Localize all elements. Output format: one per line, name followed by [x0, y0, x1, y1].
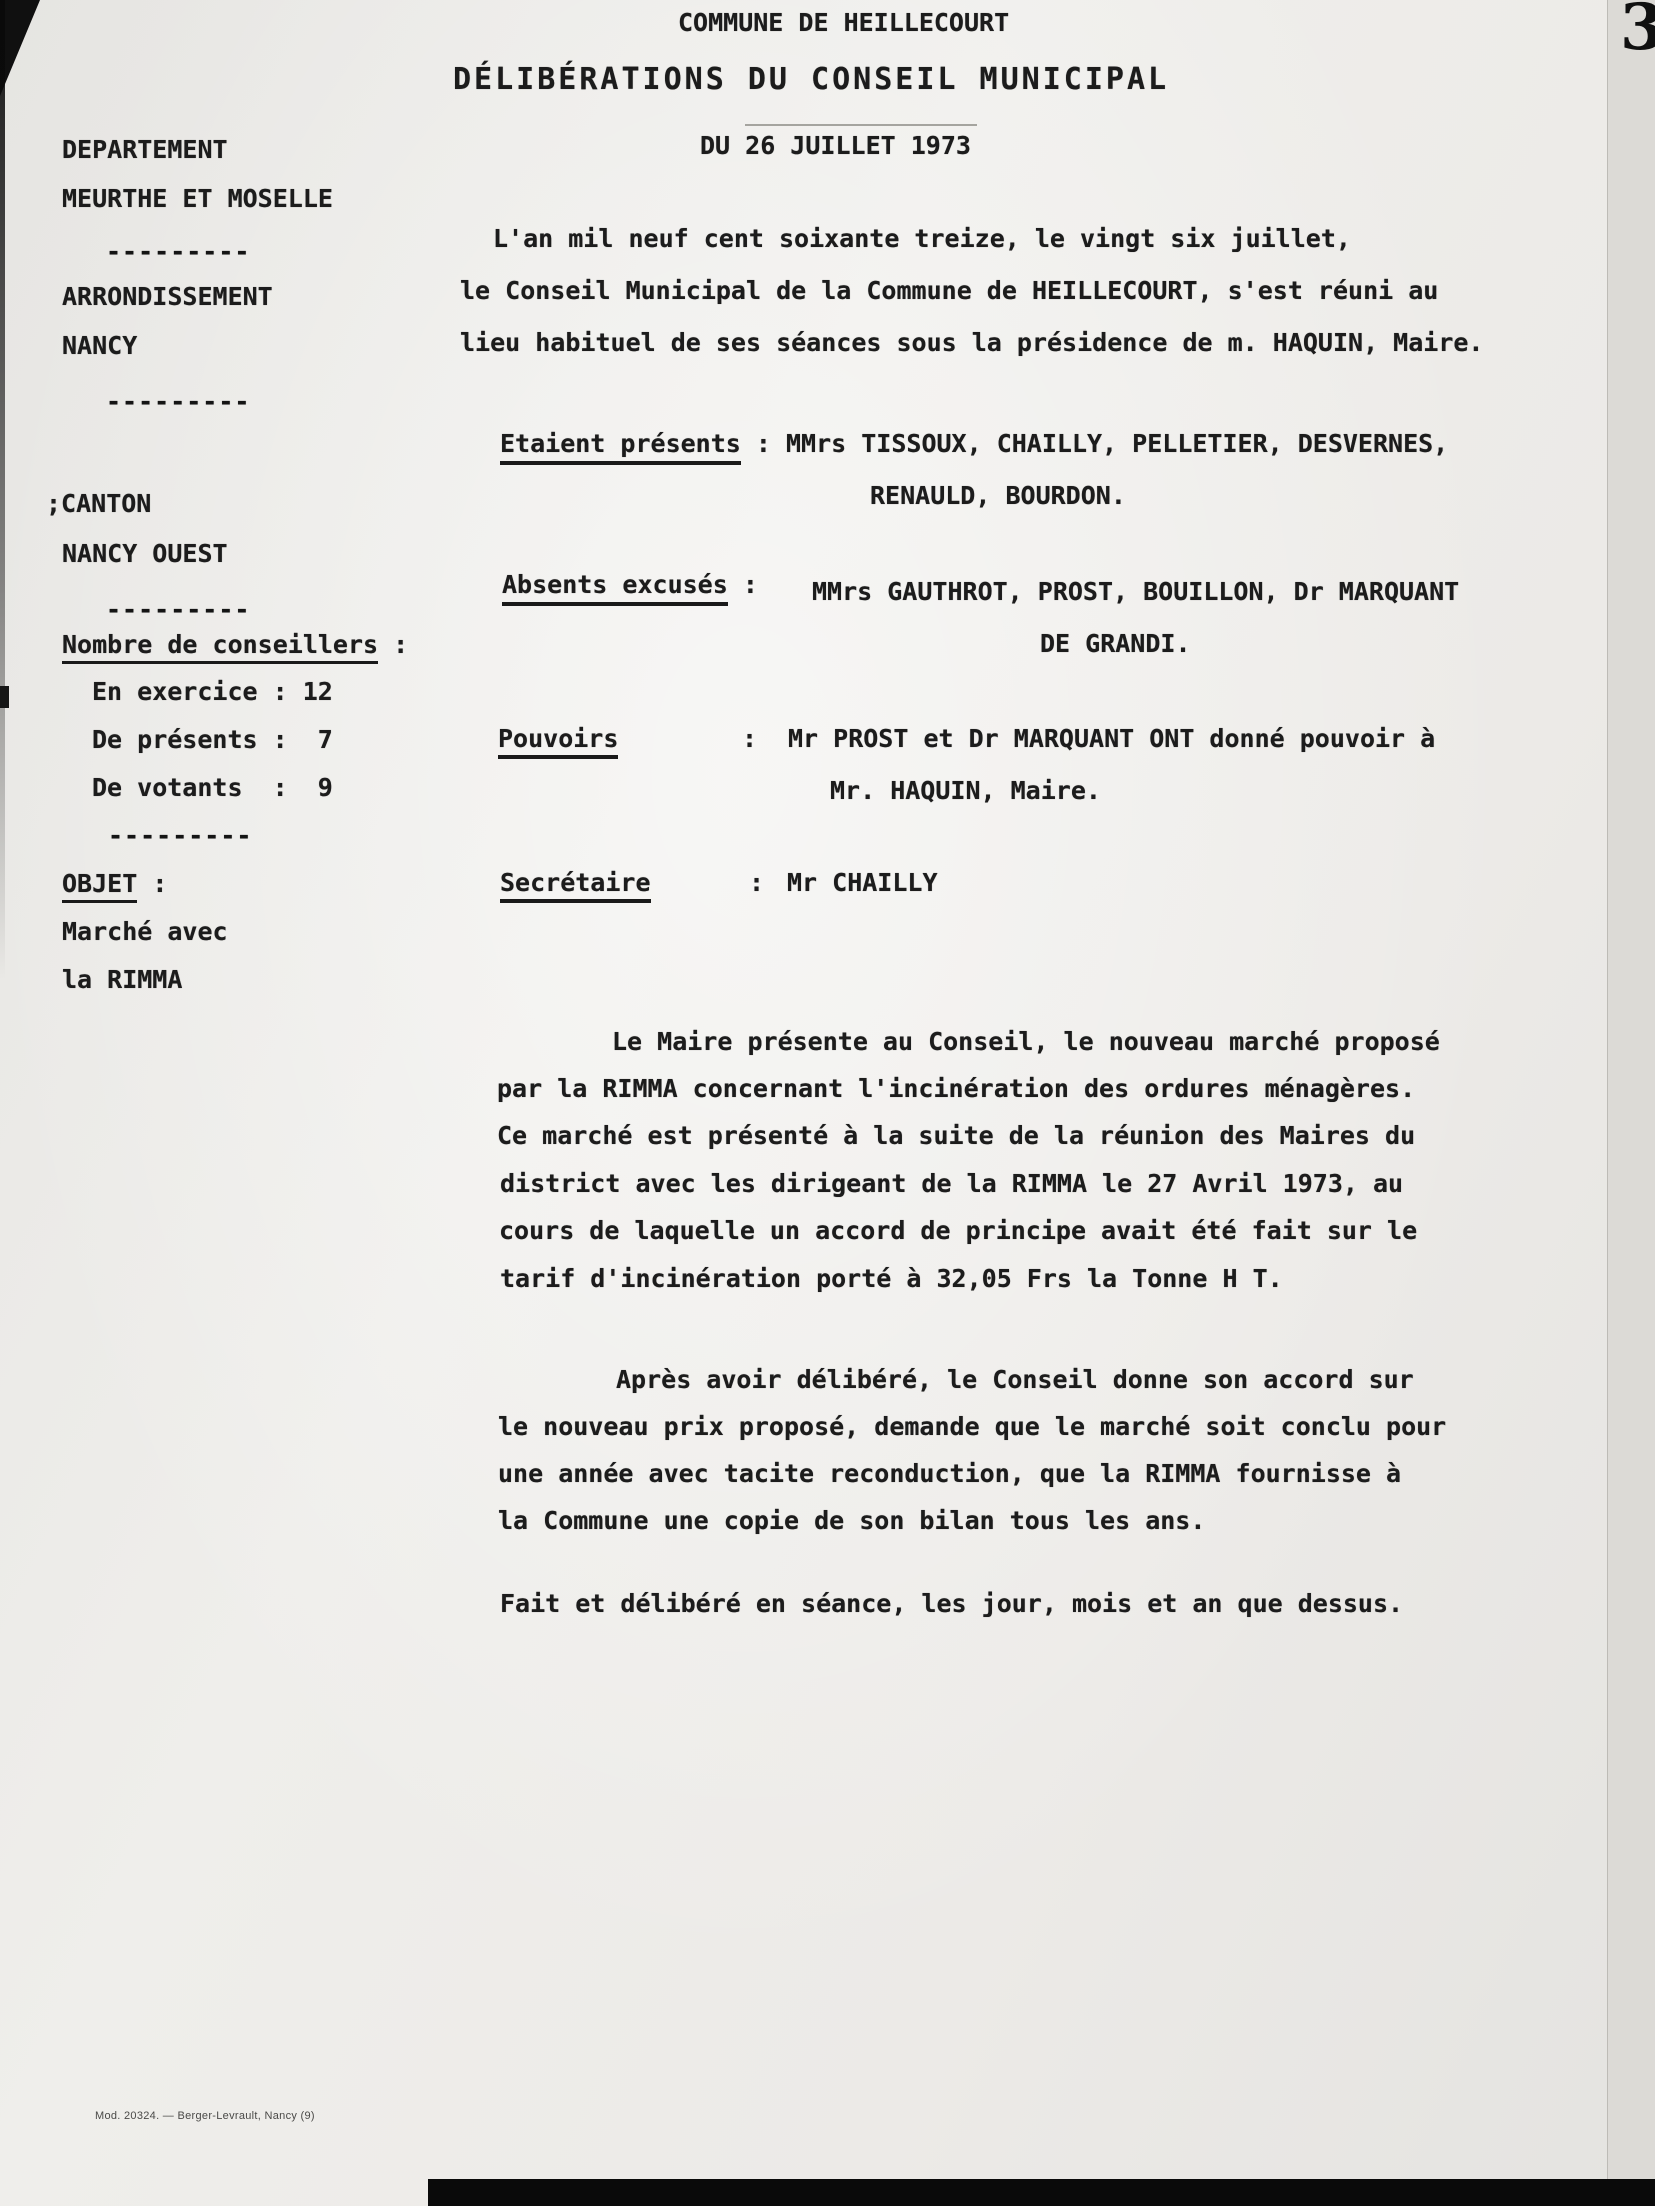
body-p2-line2: le nouveau prix proposé, demande que le …	[498, 1412, 1446, 1442]
absents-label: Absents excusés	[502, 570, 728, 606]
margin-separator: ---------	[106, 595, 250, 625]
preamble-line3: lieu habituel de ses séances sous la pré…	[460, 328, 1484, 358]
header-title: DÉLIBÉRATIONS DU CONSEIL MUNICIPAL	[453, 62, 1169, 98]
margin-de-presents: De présents : 7	[92, 725, 333, 755]
secretaire-label-wrap: Secrétaire	[500, 868, 651, 898]
margin-objet-line2: la RIMMA	[62, 965, 182, 995]
scan-left-edge-mark	[0, 686, 9, 708]
conseillers-label: Nombre de conseillers	[62, 630, 378, 664]
presents-rest: : MMrs TISSOUX, CHAILLY, PELLETIER, DESV…	[741, 429, 1448, 459]
margin-separator: ---------	[108, 821, 252, 851]
margin-conseillers-heading: Nombre de conseillers :	[62, 630, 408, 664]
body-p1-line6: tarif d'incinération porté à 32,05 Frs l…	[500, 1264, 1283, 1294]
absents-rest: MMrs GAUTHROT, PROST, BOUILLON, Dr MARQU…	[812, 577, 1459, 607]
body-p2-line3: une année avec tacite reconduction, que …	[498, 1459, 1401, 1489]
presents-line2: RENAULD, BOURDON.	[870, 481, 1126, 511]
body-p2-line1: Après avoir délibéré, le Conseil donne s…	[616, 1365, 1414, 1395]
objet-label: OBJET	[62, 869, 137, 903]
presents-label: Etaient présents	[500, 429, 741, 465]
printer-imprint: Mod. 20324. — Berger-Levrault, Nancy (9)	[95, 2110, 315, 2122]
body-p1-line5: cours de laquelle un accord de principe …	[499, 1216, 1417, 1246]
conseillers-colon: :	[378, 630, 408, 660]
objet-colon: :	[137, 869, 167, 899]
secretaire-rest: Mr CHAILLY	[787, 868, 938, 898]
scan-bottom-bar	[428, 2179, 1655, 2206]
page-number: 3	[1620, 0, 1655, 65]
pouvoirs-label-wrap: Pouvoirs	[498, 724, 618, 754]
closing-line: Fait et délibéré en séance, les jour, mo…	[500, 1589, 1403, 1619]
scanned-document-page: 3 COMMUNE DE HEILLECOURT DÉLIBÉRATIONS D…	[0, 0, 1655, 2206]
margin-canton-value: NANCY OUEST	[62, 539, 228, 569]
margin-departement-value: MEURTHE ET MOSELLE	[62, 184, 333, 214]
scan-corner-shadow	[0, 0, 40, 96]
margin-separator: ---------	[106, 237, 250, 267]
preamble-line1: L'an mil neuf cent soixante treize, le v…	[493, 224, 1351, 254]
body-p2-line4: la Commune une copie de son bilan tous l…	[498, 1506, 1205, 1536]
secretaire-colon: :	[749, 868, 764, 898]
pouvoirs-line2: Mr. HAQUIN, Maire.	[830, 776, 1101, 806]
body-p1-line3: Ce marché est présenté à la suite de la …	[497, 1121, 1415, 1151]
margin-en-exercice: En exercice : 12	[92, 677, 333, 707]
margin-departement-label: DEPARTEMENT	[62, 135, 228, 165]
presents-line: Etaient présents : MMrs TISSOUX, CHAILLY…	[500, 429, 1448, 465]
body-p1-line2: par la RIMMA concernant l'incinération d…	[497, 1074, 1415, 1104]
body-p1-line1: Le Maire présente au Conseil, le nouveau…	[612, 1027, 1440, 1057]
margin-objet-line1: Marché avec	[62, 917, 228, 947]
pouvoirs-label: Pouvoirs	[498, 724, 618, 759]
absents-heading: Absents excusés :	[502, 570, 758, 606]
date-overline	[745, 124, 977, 126]
preamble-line2: le Conseil Municipal de la Commune de HE…	[460, 276, 1438, 306]
absents-colon: :	[728, 570, 758, 600]
secretaire-label: Secrétaire	[500, 868, 651, 903]
header-date: DU 26 JUILLET 1973	[700, 131, 971, 161]
body-p1-line4: district avec les dirigeant de la RIMMA …	[500, 1169, 1403, 1199]
margin-separator: ---------	[106, 387, 250, 417]
pouvoirs-colon: :	[742, 724, 757, 754]
margin-arrondissement-value: NANCY	[62, 331, 137, 361]
margin-canton-label: ;CANTON	[46, 489, 151, 519]
scan-left-edge-shadow	[0, 0, 5, 980]
paper-right-edge	[1607, 0, 1655, 2206]
margin-de-votants: De votants : 9	[92, 773, 333, 803]
absents-line2: DE GRANDI.	[1040, 629, 1191, 659]
pouvoirs-rest: Mr PROST et Dr MARQUANT ONT donné pouvoi…	[788, 724, 1435, 754]
header-commune: COMMUNE DE HEILLECOURT	[678, 8, 1009, 38]
margin-objet-heading: OBJET :	[62, 869, 167, 903]
margin-arrondissement-label: ARRONDISSEMENT	[62, 282, 273, 312]
